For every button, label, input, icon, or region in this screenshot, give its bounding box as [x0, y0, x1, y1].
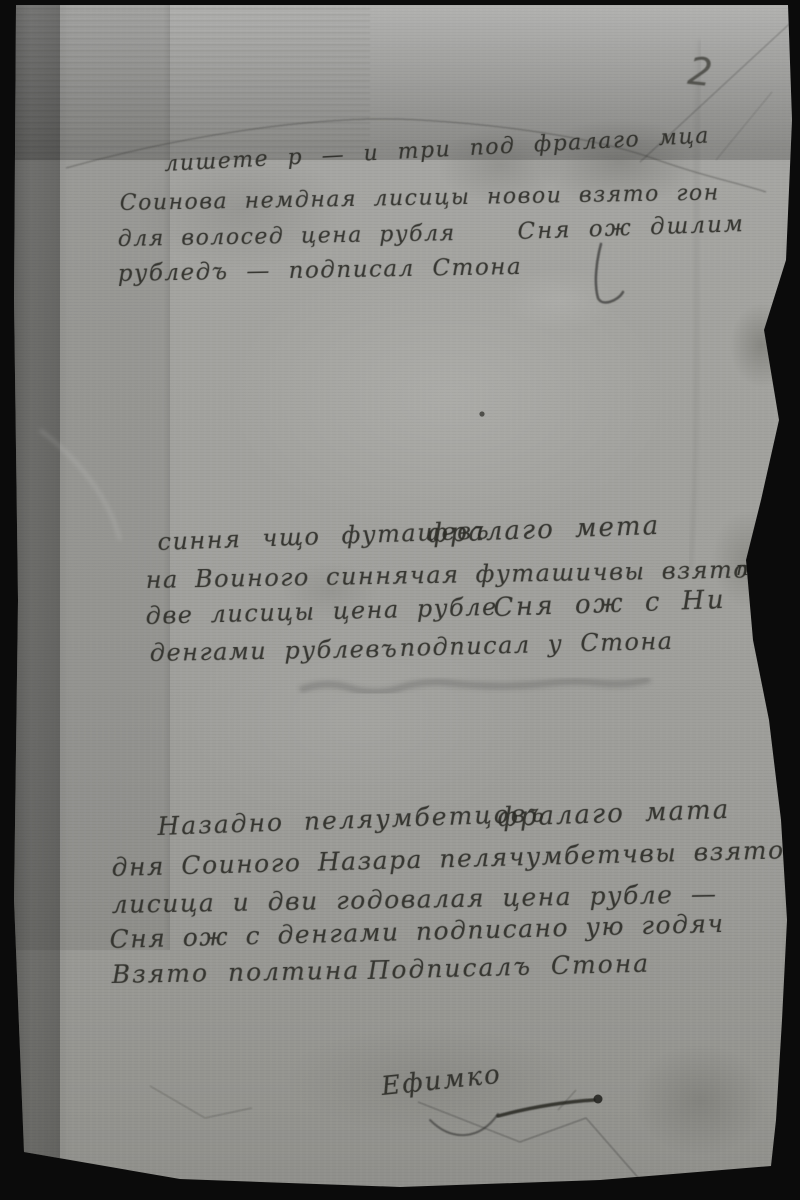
entry-1-line: Соинова немдная лисицы новои взято гон [120, 181, 720, 216]
entry-2-line: денгами рублевъ [150, 635, 399, 667]
page-number: 2 [686, 49, 715, 95]
ink-dot [479, 411, 484, 416]
entry-3-line: Подписалъ Стона [367, 949, 650, 985]
entry-1-line: Сня ож дшлим [517, 211, 745, 245]
entry-2-line: п [736, 556, 750, 580]
bleedthrough-ghost-line [300, 679, 650, 692]
entry-2-line: две лисицы цена рубле [145, 593, 498, 630]
tear-line-bottom-2 [150, 1086, 252, 1118]
signature-line: Ефимко [380, 1060, 503, 1102]
tear-line-bottom-1 [418, 1102, 642, 1182]
entry-2-line: фралаго мета [427, 511, 661, 549]
entry-2-line: Сня ож с Ни [493, 585, 727, 623]
manuscript-page: лишете р — и три под фралаго мцаСоинова … [0, 0, 800, 1200]
right-edge-shadow [0, 0, 60, 1200]
entry-3-line: фралаго мата [497, 795, 731, 833]
entry-2-line: синня чщо футашевъ [157, 516, 491, 556]
entry-3-line: дня Соиного Назара пелячумбетчвы взято [111, 835, 785, 882]
tear-line-bottom-3 [558, 1090, 576, 1110]
entry-2-line: подписал у Стона [399, 627, 674, 662]
entry-3-line: Взято полтина [111, 956, 360, 989]
entry-1-line: рубледъ — подписал Стона [118, 254, 523, 287]
bottom-shade [0, 0, 800, 160]
scan-backdrop: лишете р — и три под фралаго мцаСоинова … [0, 0, 800, 1200]
signature-underloop-stroke [430, 1114, 498, 1135]
entry-3-line: лисица и дви годовалая цена рубле — [111, 879, 717, 919]
entry-3-line: Сня ож с денгами подписано ую годяч [109, 909, 725, 954]
entry-3-line: Назадно пеляумбетцовъ [157, 798, 546, 841]
signature-tail-dot [594, 1095, 603, 1104]
entry-1-flourish-stroke [596, 244, 623, 302]
gutter-crease-line [0, 0, 2, 1130]
signature-tail-stroke [498, 1100, 594, 1116]
entry-2-line: на Воиного синнячая футашичвы взято [146, 555, 750, 594]
